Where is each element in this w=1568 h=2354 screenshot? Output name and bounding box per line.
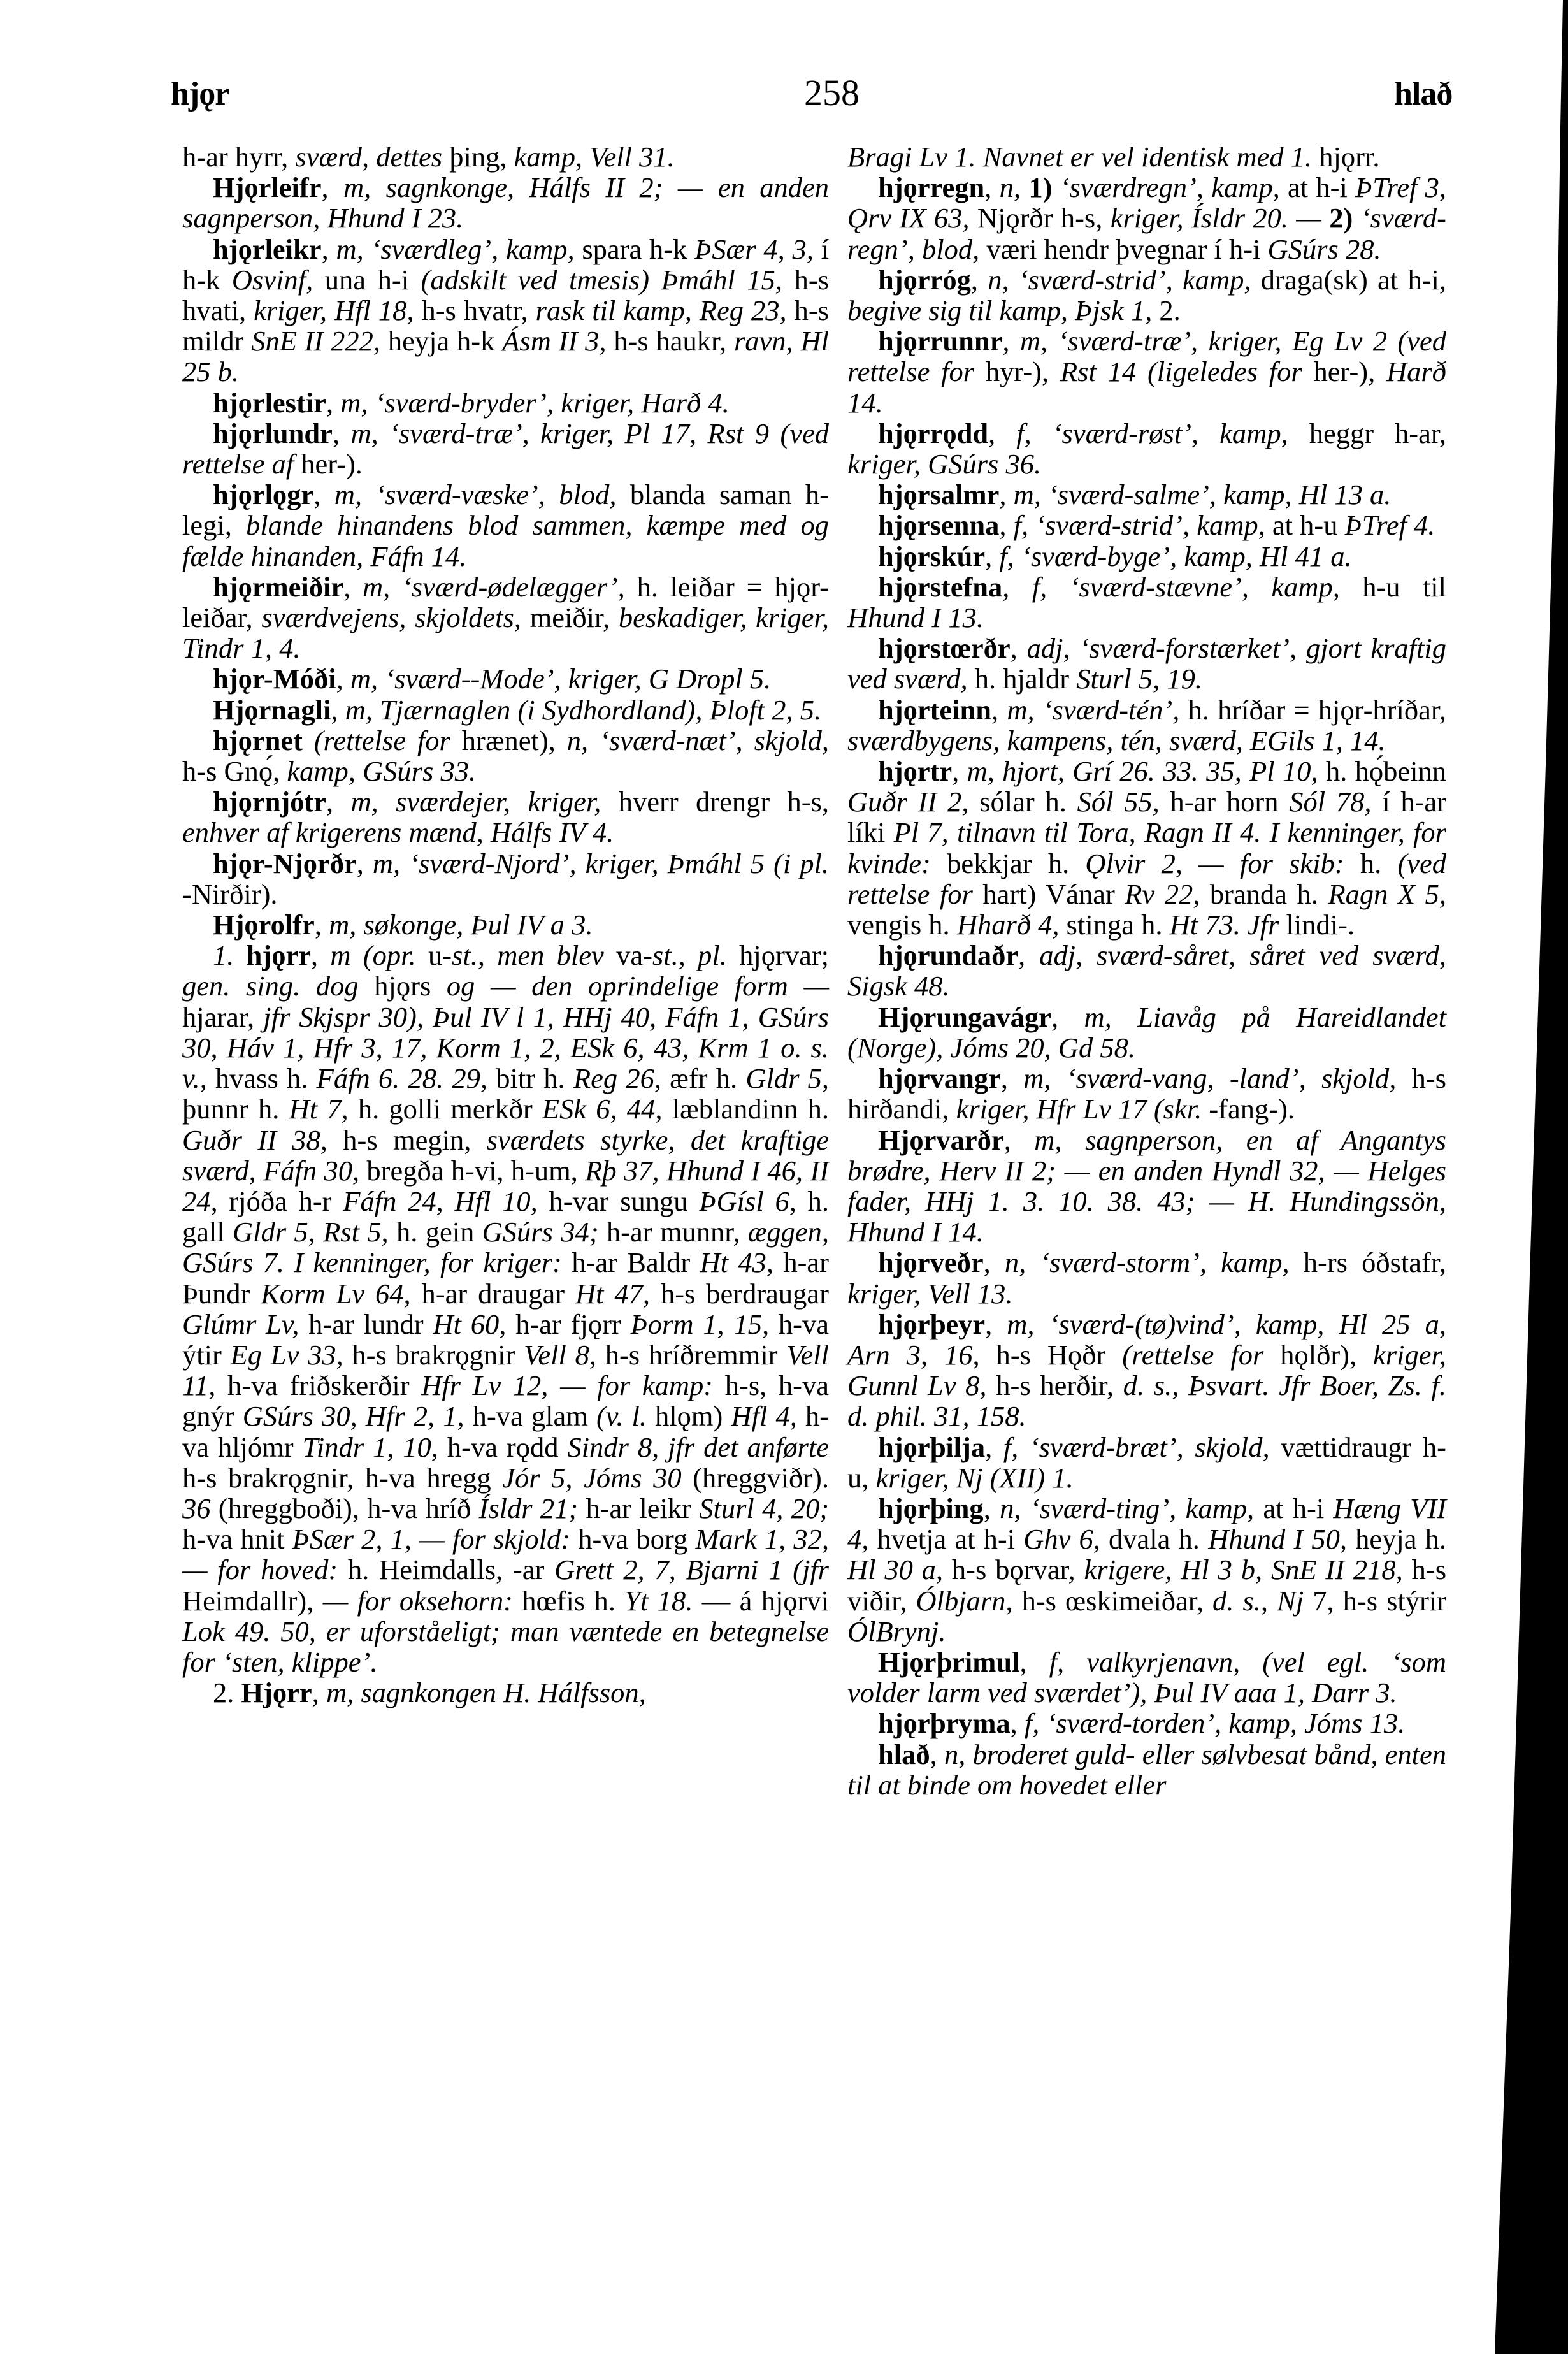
italic-text: (adskilt ved tmesis) Þmáhl 15, <box>421 264 782 296</box>
dictionary-entry: hjǫrnet (rettelse for hrænet), n, ‘sværd… <box>182 725 829 786</box>
italic-text: kriger, Vell 13. <box>847 1278 1013 1310</box>
text: , <box>991 694 1007 726</box>
italic-text: Bragi Lv 1. Navnet er vel identisk med 1… <box>847 141 1312 173</box>
text: sólar h. <box>968 786 1077 818</box>
italic-text: Hhund I 50, <box>1208 1523 1347 1555</box>
italic-text: kamp, GSúrs 33. <box>287 755 476 787</box>
italic-text: f, ‘sværd-stævne’, kamp, <box>1032 571 1340 603</box>
headword: hjǫrsalmr <box>878 479 999 510</box>
italic-text: Lok 49. 50, er uforståeligt; man væntede… <box>182 1615 829 1678</box>
running-head-right: hlað <box>1394 75 1452 113</box>
text: her-). <box>294 448 363 480</box>
text: hvetja at h-i <box>868 1523 1023 1555</box>
text: h-ar fjǫrr <box>506 1308 630 1340</box>
text: h-s brakrǫgnir <box>343 1339 524 1371</box>
text: þing, <box>442 141 514 173</box>
headword: hjǫrstœrðr <box>878 632 1011 664</box>
dictionary-entry: hjǫrþing, n, ‘sværd-ting’, kamp, at h-i … <box>847 1493 1446 1647</box>
dictionary-entry: hjǫrskúr, f, ‘sværd-byge’, kamp, Hl 41 a… <box>847 541 1446 572</box>
italic-text: ÞSær 2, 1, — for skjold: <box>292 1523 571 1555</box>
dictionary-entry: Hjǫrolfr, m, søkonge, Þul IV a 3. <box>182 909 829 940</box>
text: h-ar leikr <box>578 1492 699 1524</box>
text: , <box>357 848 373 879</box>
headword: hjǫrróg <box>878 264 971 296</box>
text <box>1021 171 1028 203</box>
headword: hjǫrr <box>247 939 311 971</box>
text: æfr h. <box>661 1062 745 1094</box>
italic-text: Korm Lv 64, <box>261 1278 410 1310</box>
text: branda h. <box>1200 878 1328 910</box>
italic-text: Sindr 8, jfr det anførte <box>567 1431 829 1463</box>
text: h. <box>1344 848 1398 879</box>
text: h. Heimdalls, -ar <box>338 1554 554 1585</box>
headword: hjǫrundaðr <box>878 939 1018 971</box>
text: , <box>984 1246 1005 1278</box>
text: , <box>988 417 1016 449</box>
italic-text: ‘sværdregn’, kamp, <box>1060 171 1280 203</box>
text: spara h-k <box>575 233 695 265</box>
headword: hjǫrvangr <box>878 1062 1001 1094</box>
italic-text: GSúrs 30, Hfr 2, 1, <box>243 1400 464 1432</box>
text: Njǫrðr h-s, <box>970 202 1111 234</box>
text: hjǫrvar; <box>727 939 829 971</box>
headword: Hjǫrleifr <box>213 171 321 203</box>
headword: hjǫrlǫgr <box>213 479 313 510</box>
dictionary-entry: hjǫrþeyr, m, ‘sværd-(tø)vind’, kamp, Hl … <box>847 1309 1446 1432</box>
dictionary-entry: hjǫr-Móði, m, ‘sværd--Mode’, kriger, G D… <box>182 663 829 694</box>
italic-text: kriger, Hfr Lv 17 (skr. <box>956 1093 1202 1125</box>
text: hjǫrr. <box>1312 141 1379 173</box>
italic-text: Ht 60, <box>433 1308 506 1340</box>
dictionary-entry: Hjǫrþrimul, f, valkyrjenavn, (vel egl. ‘… <box>847 1647 1446 1708</box>
text: , <box>985 1308 1007 1340</box>
text: hyr-), <box>974 356 1060 387</box>
text: bekkjar h. <box>931 848 1085 879</box>
text: -fang-). <box>1202 1093 1295 1125</box>
text: — á hjǫrvi <box>693 1585 829 1617</box>
italic-text: m (opr. <box>330 939 415 971</box>
dictionary-entry: hjǫr-Njǫrðr, m, ‘sværd-Njord’, kriger, Þ… <box>182 848 829 909</box>
italic-text: krigere, Hl 3 b, SnE II 218, <box>1084 1554 1402 1585</box>
text: h-va friðskerðir <box>215 1369 421 1401</box>
text: hverr drengr h-s, <box>601 786 829 818</box>
headword: hjǫrlundr <box>213 417 333 449</box>
dictionary-entry: hlað, n, broderet guld- eller sølvbesat … <box>847 1739 1446 1800</box>
italic-text: m, ‘sværd-salme’, kamp, Hl 13 a. <box>1014 479 1392 510</box>
dictionary-entry: Hjǫrungavágr, m, Liavåg på Hareidlandet … <box>847 1002 1446 1063</box>
italic-text: sværd, dettes <box>295 141 442 173</box>
italic-text: n, ‘sværd-storm’, kamp, <box>1005 1246 1290 1278</box>
text: h-ar Baldr <box>562 1246 700 1278</box>
text: , <box>985 1431 1003 1463</box>
italic-text: ÓlBrynj. <box>847 1615 946 1647</box>
text: h-u til <box>1340 571 1446 603</box>
italic-text: n, <box>1000 171 1021 203</box>
text: h-ar draugar <box>411 1278 575 1310</box>
italic-text: GSúrs 28. <box>1268 233 1381 265</box>
headword: hjǫr-Móði <box>213 663 336 695</box>
italic-text: Guðr II 38, <box>182 1124 327 1156</box>
text: 7, h-s stýrir <box>1304 1585 1446 1617</box>
headword: hjǫrteinn <box>878 694 991 726</box>
dictionary-entry: Hjǫrnagli, m, Tjærnaglen (i Sydhordland)… <box>182 695 829 725</box>
italic-text: n, ‘sværd-ting’, kamp, <box>1000 1492 1254 1524</box>
text: hvass h. <box>207 1062 317 1094</box>
italic-text: m, ‘sværdleg’, kamp, <box>336 233 574 265</box>
text: h-ar horn <box>1160 786 1289 818</box>
text <box>303 725 314 756</box>
italic-text: sværdvejens, skjoldets, <box>261 602 521 633</box>
dictionary-entry: Hjǫrvarðr, m, sagnperson, en af Angantys… <box>847 1125 1446 1248</box>
italic-text: Guðr II 2, <box>847 786 968 818</box>
italic-text: Rst 14 (ligeledes for <box>1060 356 1302 387</box>
text: læblandinn h. <box>662 1093 829 1125</box>
entry-continuation: h-ar hyrr, sværd, dettes þing, kamp, Vel… <box>182 141 829 172</box>
text: h-s œskimeiðar, <box>1013 1585 1213 1617</box>
text: h-s bǫrvar, <box>943 1554 1084 1585</box>
headword: hjǫrþeyr <box>878 1308 985 1340</box>
text: h-s Gnǫ́, <box>182 755 287 787</box>
headword: hjǫrveðr <box>878 1246 984 1278</box>
italic-text: Sturl 4, 20; <box>699 1492 829 1524</box>
text: bitr h. <box>487 1062 573 1094</box>
headword: hjǫr-Njǫrðr <box>213 848 357 879</box>
dictionary-entry: hjǫrregn, n, 1) ‘sværdregn’, kamp, at h-… <box>847 172 1446 264</box>
italic-text: kriger, Hfl 18, <box>254 294 414 326</box>
text: , <box>999 509 1013 541</box>
italic-text: Ghv 6, <box>1023 1523 1100 1555</box>
italic-text: m, ‘sværd-væske’, blod, <box>334 479 617 510</box>
text: , <box>999 479 1013 510</box>
text: dvala h. <box>1100 1523 1208 1555</box>
dictionary-entry: 2. Hjǫrr, m, sagnkongen H. Hálfsson, <box>182 1677 829 1708</box>
dictionary-entry: hjǫrveðr, n, ‘sværd-storm’, kamp, h-rs ó… <box>847 1247 1446 1308</box>
italic-text: m, hjort, Grí 26. 33. 35, Pl 10, <box>967 755 1318 787</box>
text: h-s herðir, <box>987 1369 1123 1401</box>
headword: hjǫrlestir <box>213 387 326 419</box>
italic-text: kriger, GSúrs 36. <box>847 448 1041 480</box>
text: hrænet), <box>450 725 567 756</box>
headword: hjǫrstefna <box>878 571 1002 603</box>
text: h-va hnit <box>182 1523 292 1555</box>
italic-text: f, ‘sværd-røst’, kamp, <box>1016 417 1288 449</box>
italic-text: m, søkonge, Þul IV a 3. <box>329 909 593 941</box>
dictionary-entry: hjǫrrunnr, m, ‘sværd-træ’, kriger, Eg Lv… <box>847 326 1446 418</box>
italic-text: ÞSær 4, 3, <box>694 233 814 265</box>
dictionary-entry: hjǫrlundr, m, ‘sværd-træ’, kriger, Pl 17… <box>182 418 829 479</box>
italic-text: Glúmr Lv, <box>182 1308 299 1340</box>
text: va- <box>604 939 652 971</box>
dictionary-entry: 1. hjǫrr, m (opr. u-st., men blev va-st.… <box>182 940 829 1677</box>
text: , <box>322 233 336 265</box>
italic-text: Ht 47, <box>575 1278 650 1310</box>
italic-text: m, sagnkongen H. Hálfsson, <box>326 1677 646 1708</box>
text: (hreggviðr). <box>682 1462 829 1494</box>
text: Heimdallr), <box>182 1585 323 1617</box>
headword: hjǫrskúr <box>878 540 985 572</box>
headword: Hjǫrþrimul <box>878 1646 1019 1678</box>
italic-text: Rv 22, <box>1125 878 1200 910</box>
headword: hjǫrregn <box>878 171 984 203</box>
text: h. hǫ́beinn <box>1318 755 1446 787</box>
text: stinga h. <box>1060 909 1170 941</box>
italic-text: Ólbjarn, <box>916 1585 1012 1617</box>
italic-text: n, ‘sværd-strid’, kamp, <box>988 264 1251 296</box>
text: , <box>1004 1124 1035 1156</box>
dictionary-entry: hjǫrteinn, m, ‘sværd-tén’, h. hríðar = h… <box>847 695 1446 756</box>
headword: Hjǫrungavágr <box>878 1001 1051 1033</box>
dictionary-entry: hjǫrlestir, m, ‘sværd-bryder’, kriger, H… <box>182 387 829 418</box>
text: -Nirðir). <box>182 878 278 910</box>
scan-edge-shadow <box>1485 0 1568 2354</box>
text: , <box>1018 939 1039 971</box>
italic-text: Ht 73. Jfr <box>1170 909 1279 941</box>
italic-text: Hl 30 a, <box>847 1554 943 1585</box>
dictionary-page: hjǫr 258 hlað h-ar hyrr, sværd, dettes þ… <box>0 0 1568 2354</box>
text: hart) Vánar <box>973 878 1125 910</box>
text: , <box>952 755 967 787</box>
italic-text: m, ‘sværd--Mode’, kriger, G Dropl 5. <box>350 663 771 695</box>
italic-text: ÞGísl 6, <box>699 1185 796 1217</box>
italic-text: f, ‘sværd-byge’, kamp, Hl 41 a. <box>999 540 1351 572</box>
text: , <box>1051 1001 1084 1033</box>
text: heggr h-ar, <box>1288 417 1446 449</box>
text: , <box>311 939 330 971</box>
text: h-ar munnr, <box>599 1216 748 1248</box>
text: h-s hríðremmir <box>596 1339 786 1371</box>
text: , <box>321 171 343 203</box>
text: h-s brakrǫgnir, h-va hregg <box>182 1462 502 1494</box>
text: (hreggboði), h-va hríð <box>211 1492 479 1524</box>
text: , <box>985 540 999 572</box>
text: , <box>313 479 334 510</box>
headword: hjǫrnet <box>213 725 303 756</box>
headword: hjǫrþing <box>878 1492 984 1524</box>
italic-text: Eg Lv 33, <box>231 1339 343 1371</box>
italic-text: Ǫlvir 2, — for skib: <box>1085 848 1344 879</box>
italic-text: kamp, Vell 31. <box>514 141 675 173</box>
text: , <box>930 1738 944 1770</box>
italic-text: f, ‘sværd-torden’, kamp, Jóms 13. <box>1025 1707 1405 1739</box>
text: væri hendr þvegnar í h-i <box>979 233 1267 265</box>
text: vengis h. <box>847 909 957 941</box>
italic-text: — for oksehorn: <box>323 1585 513 1617</box>
text: h-s Hǫðr <box>980 1339 1123 1371</box>
text: , <box>1002 571 1032 603</box>
headword: Hjǫrnagli <box>213 694 331 726</box>
italic-text: m, ‘sværd-Njord’, kriger, Þmáhl 5 (i pl. <box>373 848 829 879</box>
text: 2. <box>1152 294 1181 326</box>
left-column: h-ar hyrr, sværd, dettes þing, kamp, Vel… <box>182 141 829 1708</box>
headword: 2) <box>1329 202 1353 234</box>
headword: hjǫrnjótr <box>213 786 326 818</box>
text: h-ar hyrr, <box>182 141 295 173</box>
text: hlǫm) <box>647 1400 731 1432</box>
italic-text: ÞTref 4. <box>1345 509 1435 541</box>
text <box>1321 202 1329 234</box>
headword: hjǫrþryma <box>878 1707 1011 1739</box>
text <box>1052 171 1060 203</box>
dictionary-entry: hjǫrundaðr, adj, sværd-såret, såret ved … <box>847 940 1446 1001</box>
italic-text: Ísldr 21; <box>479 1492 579 1524</box>
text: , <box>312 1677 326 1708</box>
headword: Hjǫrvarðr <box>878 1124 1004 1156</box>
italic-text: sværdbygens, kampens, tén, sværd, EGils … <box>847 725 1386 756</box>
italic-text: begive sig til kamp, Þjsk 1, <box>847 294 1152 326</box>
dictionary-entry: Hjǫrleifr, m, sagnkonge, Hálfs II 2; — e… <box>182 172 829 233</box>
headword: Hjǫrolfr <box>213 909 315 941</box>
italic-text: Hharð 4, <box>957 909 1060 941</box>
text: h-rs óðstafr, <box>1290 1246 1446 1278</box>
italic-text: Ásm II 3, <box>502 325 606 357</box>
text: at h-i <box>1254 1492 1333 1524</box>
text: , <box>333 417 351 449</box>
text: , <box>971 264 988 296</box>
running-head-left: hjǫr <box>171 75 229 113</box>
italic-text: Yt 18. <box>624 1585 693 1617</box>
entry-continuation: Bragi Lv 1. Navnet er vel identisk med 1… <box>847 141 1446 172</box>
text: h-ar lundr <box>299 1308 433 1340</box>
text: , <box>326 786 350 818</box>
italic-text: 36 <box>182 1492 211 1524</box>
text: , <box>984 1492 1000 1524</box>
dictionary-entry: hjǫrrǫdd, f, ‘sværd-røst’, kamp, heggr h… <box>847 418 1446 479</box>
dictionary-entry: hjǫrvangr, m, ‘sværd-vang, -land’, skjol… <box>847 1063 1446 1124</box>
text: h. hjaldr <box>968 663 1077 695</box>
text: , <box>1001 1062 1023 1094</box>
italic-text: rask til kamp, Reg 23, <box>536 294 787 326</box>
text: rjóða h-r <box>218 1185 343 1217</box>
text: at h-i <box>1280 171 1355 203</box>
text: h. gein <box>389 1216 482 1248</box>
italic-text: Reg 26, <box>573 1062 661 1094</box>
text: h. golli merkðr <box>349 1093 542 1125</box>
text: , <box>1002 325 1020 357</box>
text: lindi-. <box>1279 909 1355 941</box>
italic-text: Jór 5, Jóms 30 <box>502 1462 681 1494</box>
headword: hjǫrþilja <box>878 1431 985 1463</box>
text: hœfis h. <box>513 1585 624 1617</box>
headword: hjǫrtr <box>878 755 952 787</box>
dictionary-entry: hjǫrmeiðir, m, ‘sværd-ødelægger’, h. lei… <box>182 572 829 664</box>
italic-text: m, ‘sværd-bryder’, kriger, Harð 4. <box>340 387 730 419</box>
italic-text: Ht 7, <box>289 1093 349 1125</box>
right-column: Bragi Lv 1. Navnet er vel identisk med 1… <box>847 141 1446 1800</box>
dictionary-entry: hjǫrnjótr, m, sværdejer, kriger, hverr d… <box>182 786 829 848</box>
headword: hjǫrmeiðir <box>213 571 343 603</box>
italic-text: (rettelse for <box>314 725 450 756</box>
text: h. hríðar = hjǫr-hríðar, <box>1179 694 1446 726</box>
text: , <box>1011 1707 1025 1739</box>
italic-text: kriger, Nj (XII) 1. <box>876 1462 1074 1494</box>
italic-text: enhver af krigerens mænd, Hálfs IV 4. <box>182 816 614 848</box>
dictionary-entry: hjǫrtr, m, hjort, Grí 26. 33. 35, Pl 10,… <box>847 756 1446 940</box>
italic-text: 1. <box>213 939 247 971</box>
text: h-va borg <box>570 1523 695 1555</box>
text: , <box>343 571 363 603</box>
text: 2. <box>213 1677 241 1708</box>
dictionary-entry: hjǫrsalmr, m, ‘sværd-salme’, kamp, Hl 13… <box>847 479 1446 510</box>
italic-text: m, sværdejer, kriger, <box>350 786 601 818</box>
dictionary-entry: hjǫrstefna, f, ‘sværd-stævne’, kamp, h-u… <box>847 572 1446 633</box>
italic-text: Þorm 1, 15, <box>631 1308 770 1340</box>
italic-text: ESk 6, 44, <box>542 1093 663 1125</box>
italic-text: (v. l. <box>596 1400 647 1432</box>
dictionary-entry: hjǫrsenna, f, ‘sværd-strid’, kamp, at h-… <box>847 510 1446 540</box>
text: una h-i <box>313 264 421 296</box>
italic-text: kriger, Ísldr 20. — <box>1111 202 1321 234</box>
italic-text: m, ‘sværd-ødelægger’, <box>363 571 625 603</box>
text: hjǫrs <box>359 970 447 1002</box>
italic-text: m, ‘sværd-vang, -land’, skjold, <box>1023 1062 1396 1094</box>
italic-text: m, Tjærnaglen (i Sydhordland), Þloft 2, … <box>345 694 821 726</box>
italic-text: Hfr Lv 12, — for kamp: <box>421 1369 713 1401</box>
text: h-s megin, <box>327 1124 487 1156</box>
italic-text: Gldr 5, Rst 5, <box>233 1216 389 1248</box>
text: h-var sungu <box>538 1185 700 1217</box>
page-number: 258 <box>804 71 860 114</box>
headword: hjǫrrunnr <box>878 325 1002 357</box>
text: , <box>1011 632 1027 664</box>
text: , <box>326 387 340 419</box>
headword: 1) <box>1028 171 1052 203</box>
text: h-s hvatr, <box>414 294 536 326</box>
dictionary-entry: hjǫrþilja, f, ‘sværd-bræt’, skjold, vætt… <box>847 1432 1446 1493</box>
italic-text: SnE II 222, <box>251 325 380 357</box>
italic-text: Ht 43, <box>700 1246 774 1278</box>
text: meiðir, <box>521 602 619 633</box>
text: , <box>315 909 329 941</box>
dictionary-entry: hjǫrróg, n, ‘sværd-strid’, kamp, draga(s… <box>847 264 1446 326</box>
italic-text: Grett 2, 7, Bjarni 1 (jfr <box>554 1554 829 1585</box>
italic-text: Vell 8, <box>524 1339 596 1371</box>
italic-text: blande hinandens blod sammen, kæmpe med … <box>182 509 829 572</box>
text: h-s berdraugar <box>650 1278 829 1310</box>
headword: hjǫrrǫdd <box>878 417 988 449</box>
italic-text: n, ‘sværd-næt’, skjold, <box>567 725 829 756</box>
italic-text: m, ‘sværd-tén’, <box>1007 694 1179 726</box>
dictionary-entry: hjǫrstœrðr, adj, ‘sværd-forstærket’, gjo… <box>847 633 1446 694</box>
headword: hjǫrleikr <box>213 233 322 265</box>
italic-text: Gldr 5, <box>745 1062 829 1094</box>
italic-text: st., pl. <box>652 939 727 971</box>
italic-text: Sturl 5, 19. <box>1076 663 1202 695</box>
dictionary-entry: hjǫrlǫgr, m, ‘sværd-væske’, blod, blanda… <box>182 479 829 572</box>
text: hǫlðr), <box>1263 1339 1373 1371</box>
italic-text: Hfl 4, <box>731 1400 796 1432</box>
text: heyja h. <box>1347 1523 1446 1555</box>
italic-text: og — den oprindelige form — <box>447 970 829 1002</box>
text: draga(sk) at h-i, <box>1251 264 1447 296</box>
italic-text: f, ‘sværd-strid’, kamp, <box>1014 509 1265 541</box>
dictionary-entry: hjǫrþryma, f, ‘sværd-torden’, kamp, Jóms… <box>847 1708 1446 1738</box>
italic-text: (rettelse for <box>1122 1339 1263 1371</box>
text: hjarar, <box>182 1001 263 1033</box>
text: heyja h-k <box>380 325 502 357</box>
text: at h-u <box>1265 509 1345 541</box>
italic-text: Fáfn 6. 28. 29, <box>317 1062 487 1094</box>
italic-text: Hhund I 13. <box>847 602 984 633</box>
italic-text: f, ‘sværd-bræt’, skjold, <box>1003 1431 1270 1463</box>
italic-text: Fáfn 24, Hfl 10, <box>343 1185 538 1217</box>
text: u- <box>416 939 452 971</box>
text: h-s haukr, <box>606 325 734 357</box>
headword: hjǫrsenna <box>878 509 999 541</box>
text: , <box>1019 1646 1049 1678</box>
italic-text: st., men blev <box>452 939 604 971</box>
text: h-va glam <box>464 1400 596 1432</box>
italic-text: Sól 55, <box>1077 786 1160 818</box>
